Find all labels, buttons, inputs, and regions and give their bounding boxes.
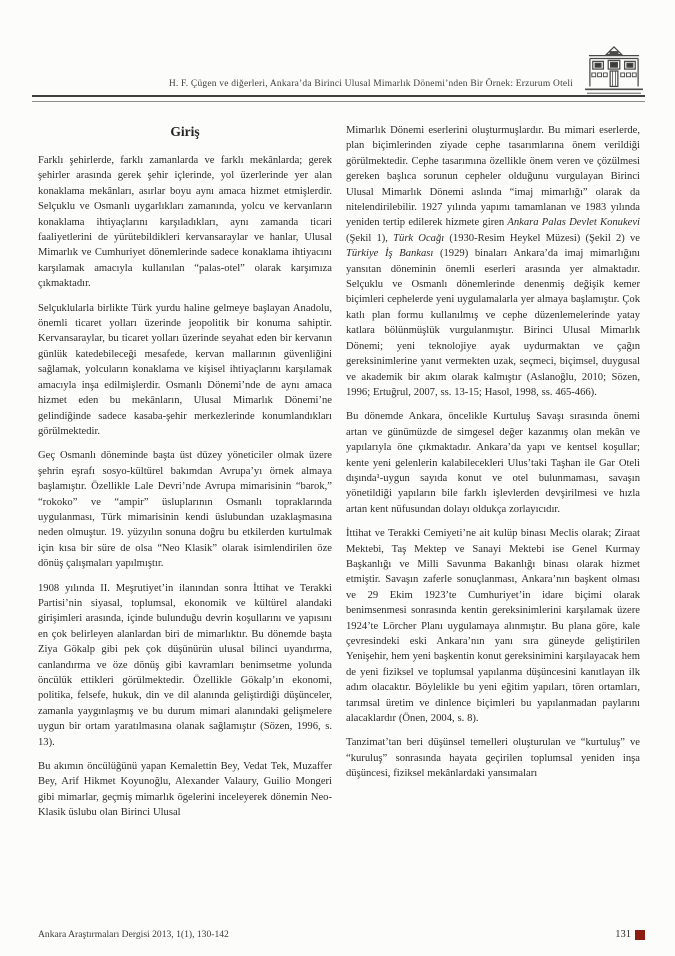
right-column: Mimarlık Dönemi eserlerini oluşturmuşlar… [346,123,640,830]
paragraph: Farklı şehirlerde, farklı zamanlarda ve … [38,153,332,292]
page-number: 131 [615,929,645,940]
page-header: H. F. Çügen ve diğerleri, Ankara’da Biri… [0,0,675,102]
paragraph: Bu akımın öncülüğünü yapan Kemalettin Be… [38,759,332,821]
paragraph: Mimarlık Dönemi eserlerini oluşturmuşlar… [346,123,640,400]
header-divider [32,95,645,102]
header-row: H. F. Çügen ve diğerleri, Ankara’da Biri… [32,0,645,94]
page-marker-square [635,930,645,940]
journal-page: H. F. Çügen ve diğerleri, Ankara’da Biri… [0,0,675,956]
page-footer: Ankara Araştırmaları Dergisi 2013, 1(1),… [38,929,645,940]
paragraph: Tanzimat’tan beri düşünsel temelleri olu… [346,735,640,781]
article-body: Giriş Farklı şehirlerde, farklı zamanlar… [0,102,675,830]
running-title: H. F. Çügen ve diğerleri, Ankara’da Biri… [169,79,573,94]
paragraph: 1908 yılında II. Meşrutiyet’in ilanından… [38,581,332,750]
journal-citation: Ankara Araştırmaları Dergisi 2013, 1(1),… [38,929,229,940]
paragraph: Bu dönemde Ankara, öncelikle Kurtuluş Sa… [346,409,640,517]
paragraph: İttihat ve Terakki Cemiyeti’ne ait kulüp… [346,526,640,726]
left-column: Giriş Farklı şehirlerde, farklı zamanlar… [38,123,332,830]
page-number-value: 131 [615,929,631,940]
paragraph: Geç Osmanlı döneminde başta üst düzey yö… [38,448,332,571]
journal-logo-building-icon [583,44,645,98]
paragraph: Selçuklularla birlikte Türk yurdu haline… [38,301,332,440]
section-title: Giriş [38,124,332,140]
